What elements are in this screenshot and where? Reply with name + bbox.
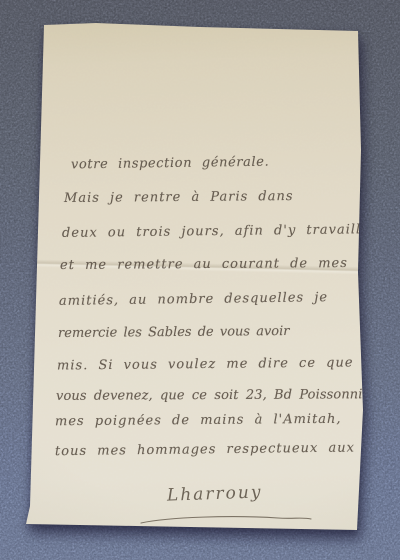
letter-line: tous mes hommages respectueux aux pieds: [55, 441, 400, 458]
letter-paper: votre inspection générale. Mais je rentr…: [0, 0, 400, 560]
letter-line: très amicaux sentiments.: [0, 0, 200, 13]
paper-texture: [0, 0, 400, 560]
letter-line: remercie les Sables de vous avoir: [58, 325, 290, 340]
letter-line: vous devenez, que ce soit 23, Bd Poisson…: [56, 388, 389, 403]
letter-line: de Madame Massi ; et, pour vous, de: [0, 0, 313, 13]
letter-line: Mais je rentre à Paris dans: [64, 190, 294, 205]
letter-line: deux ou trois jours, afin d'y travailler: [62, 223, 377, 240]
letter-line: votre inspection générale.: [71, 156, 269, 172]
signature-flourish-underline: [138, 512, 316, 528]
letter-line: mis. Si vous voulez me dire ce que: [57, 356, 354, 372]
signature: Lharrouy: [167, 484, 263, 504]
letter-line: mes poignées de mains à l'Amitah,: [55, 413, 342, 429]
letter-paper-shadow: votre inspection générale. Mais je rentr…: [0, 0, 400, 560]
letter-line: amitiés, au nombre desquelles je: [59, 291, 328, 308]
letter-line: et me remettre au courant de mes: [60, 257, 348, 272]
